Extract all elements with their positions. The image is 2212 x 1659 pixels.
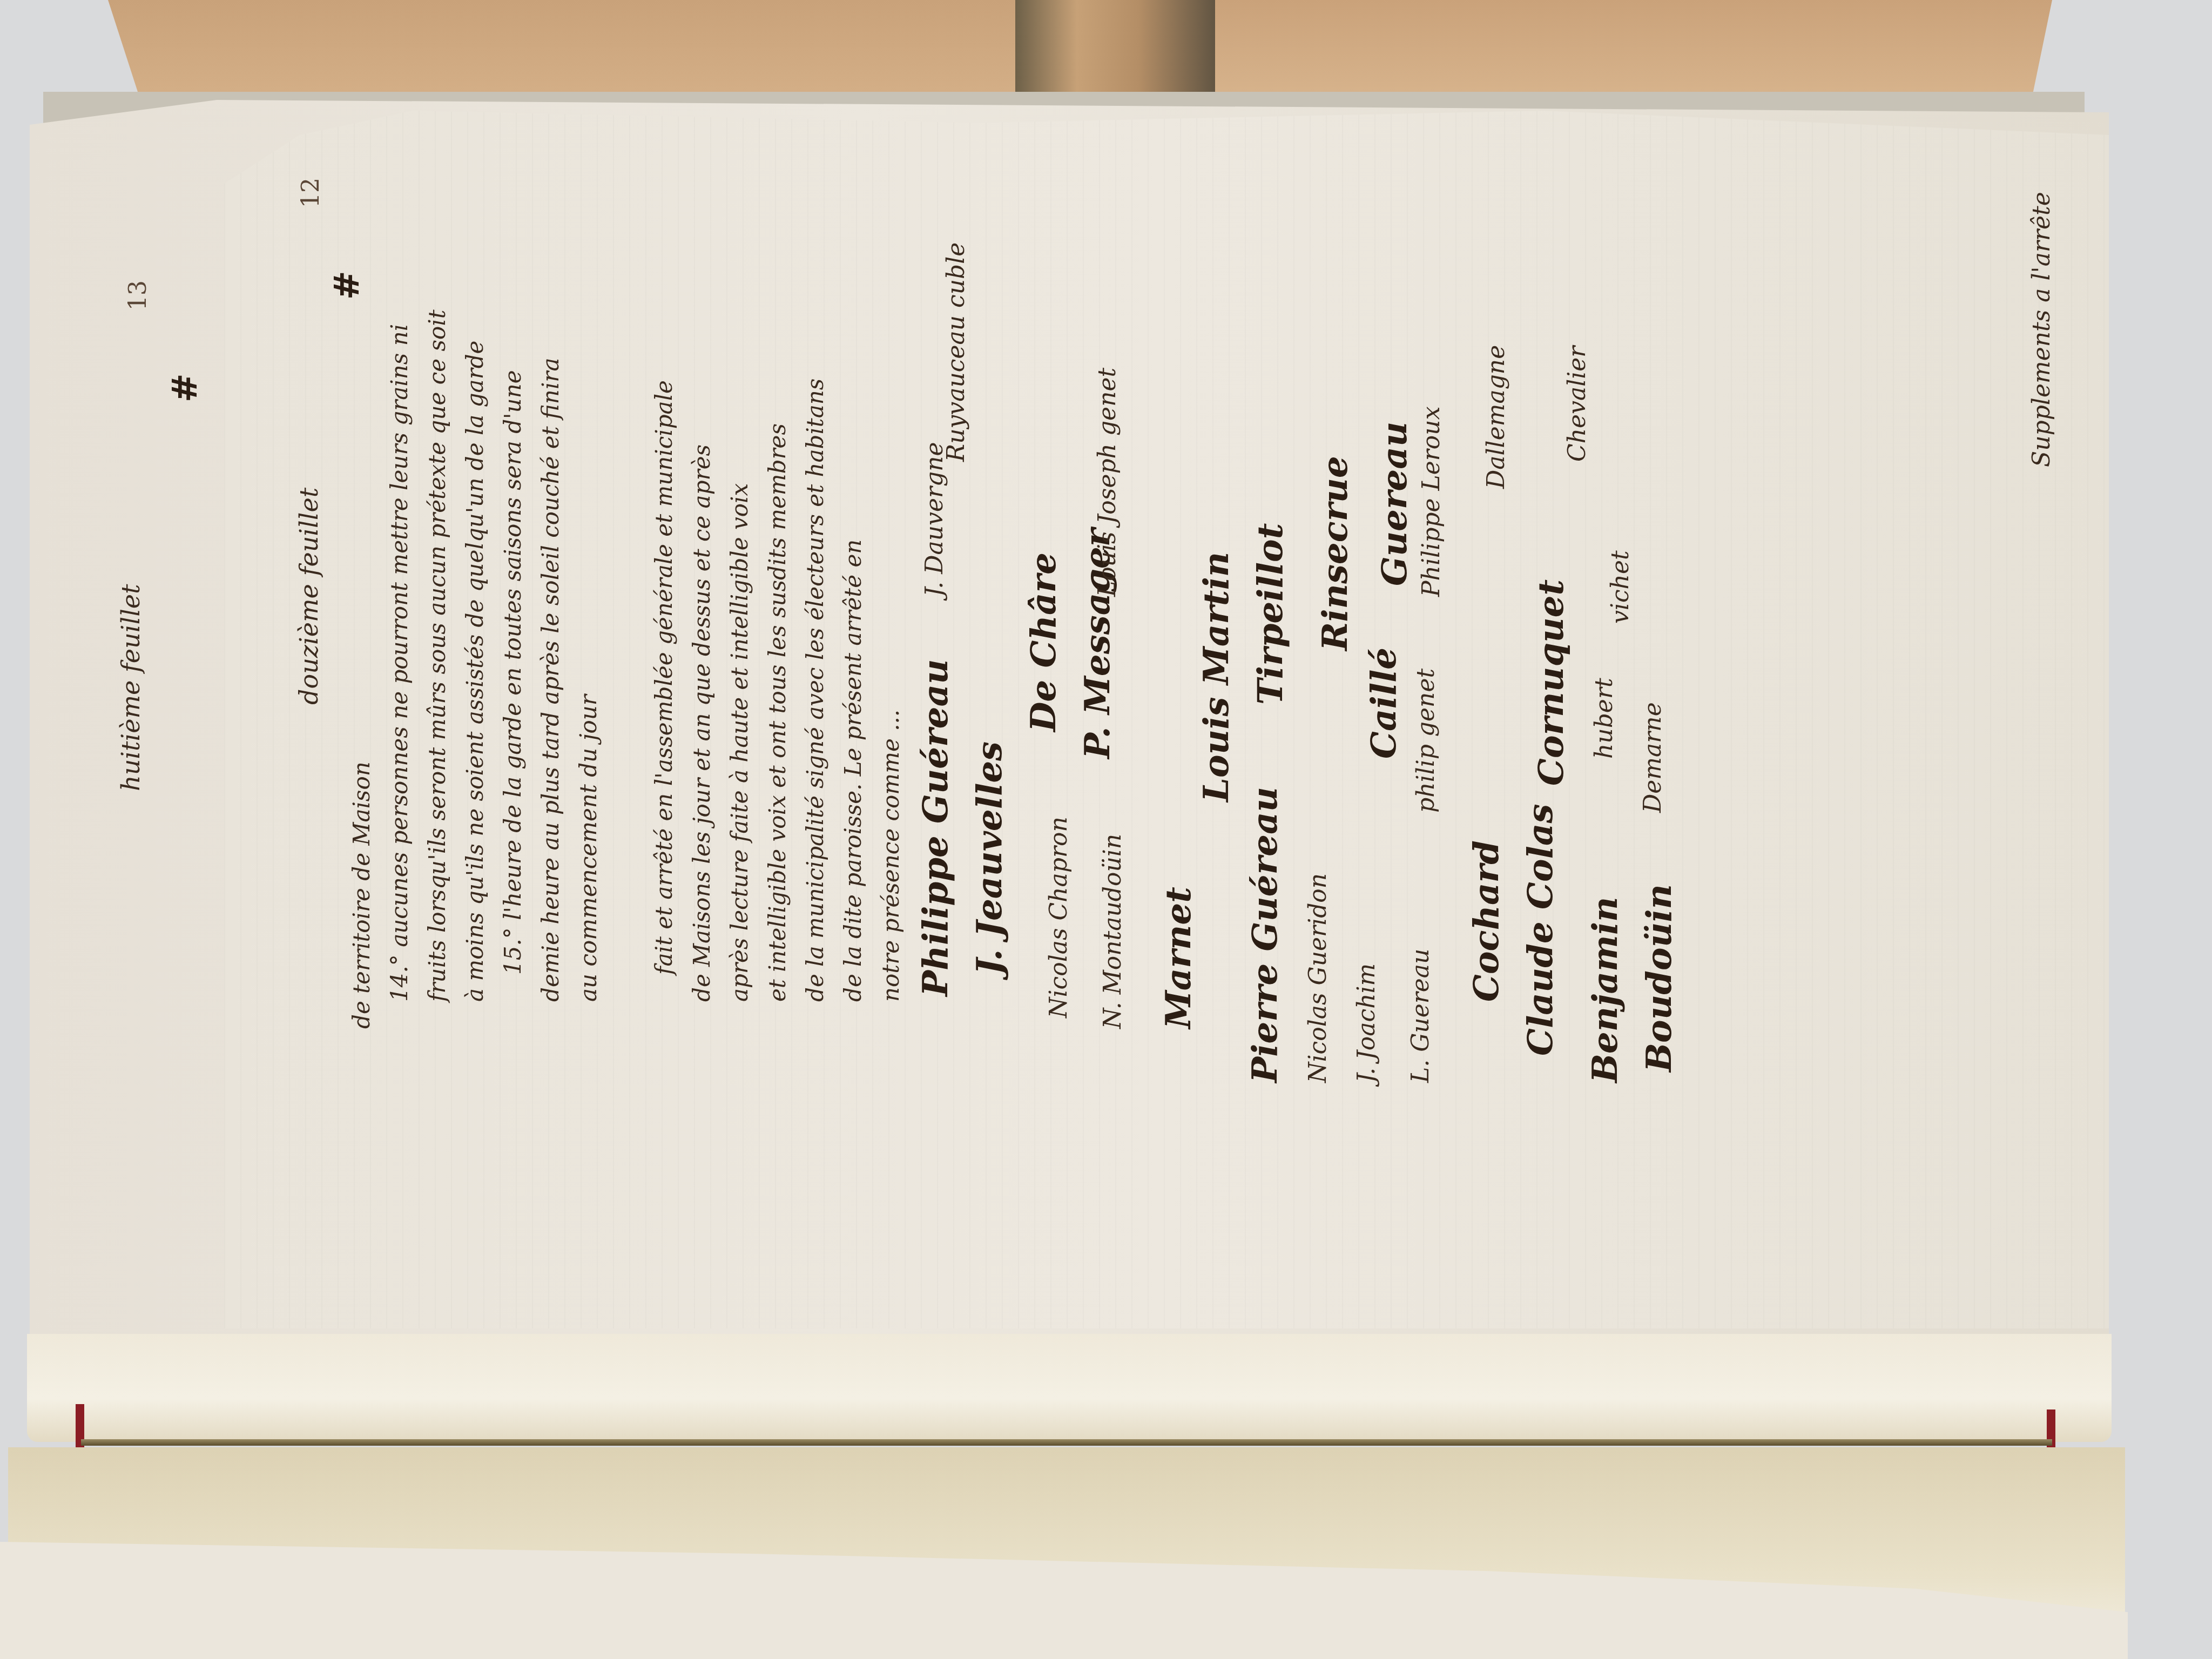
signature: Claude Colas: [1520, 804, 1561, 1056]
text-line: 14.° aucunes personnes ne pourront mettr…: [386, 324, 413, 1002]
text-line: après lecture faite à haute et intelligi…: [726, 483, 753, 1002]
signature: vichet: [1607, 550, 1634, 624]
signature: Cornuquet: [1531, 579, 1572, 786]
signature: Chevalier: [1563, 346, 1591, 462]
signature: L. Guereau: [1407, 949, 1434, 1083]
signature: Nicolas Chapron: [1045, 817, 1073, 1018]
flyleaf-upper: [27, 1334, 2112, 1442]
text-line: à moins qu'ils ne soient assistés de que…: [462, 341, 488, 1002]
main-page-header: douzième feuillet: [294, 488, 323, 705]
text-line: de Maisons les jour et an que dessus et …: [689, 444, 715, 1002]
signature: Philippe Guéreau: [915, 659, 956, 996]
signature: philip genet: [1412, 669, 1440, 813]
signature: Rinsecrue: [1315, 456, 1355, 651]
signature: Ruyvauceau cuble: [942, 242, 970, 462]
signature: Pierre Guéreau: [1245, 787, 1285, 1083]
text-line: de territoire de Maison: [348, 761, 375, 1029]
signature: Guereau: [1374, 422, 1415, 586]
signature: N. Montaudoüin: [1099, 834, 1127, 1029]
main-page-paraph: #: [327, 271, 367, 300]
signature: Philippe Leroux: [1418, 407, 1445, 597]
text-line: fruits lorsqu'ils seront mûrs sous aucun…: [424, 309, 450, 1002]
text-line: notre présence comme ...: [878, 710, 904, 1002]
back-page-number: 13: [124, 280, 152, 311]
back-page-paraph: #: [165, 373, 205, 402]
signature: J. Joachim: [1353, 963, 1380, 1083]
text-line: demie heure au plus tard après le soleil…: [537, 358, 564, 1002]
signature: Louis Joseph genet: [1094, 368, 1121, 597]
text-line: 15.° l'heure de la garde en toutes saiso…: [500, 370, 526, 975]
book-gutter: [81, 1439, 2052, 1446]
signature: Demarne: [1639, 702, 1667, 813]
main-page-number: 12: [297, 178, 325, 208]
signature: Boudoüin: [1639, 884, 1680, 1072]
signature: Marnet: [1158, 887, 1199, 1029]
main-page: douzième feuillet # 12 de territoire de …: [224, 111, 2109, 1328]
back-page-header: huitième feuillet: [116, 584, 145, 791]
signature: Tirpeillot: [1250, 523, 1291, 705]
text-line: fait et arrêté en l'assemblée générale e…: [651, 380, 677, 975]
signature: hubert: [1590, 678, 1618, 759]
signature: Nicolas Gueridon: [1304, 873, 1332, 1083]
signature: De Châre: [1023, 552, 1064, 732]
signature: Cochard: [1466, 840, 1507, 1002]
manuscript-photo: huitième feuillet # 13 douzième feuillet…: [0, 0, 2212, 1659]
signature: J. Jeauvelles: [969, 741, 1010, 975]
text-line: de la municipalité signé avec les électe…: [802, 379, 828, 1002]
text-line: au commencement du jour: [575, 694, 602, 1002]
signature: Benjamin: [1585, 896, 1626, 1083]
signature: Louis Martin: [1196, 552, 1237, 802]
text-line: et intelligible voix et ont tous les sus…: [764, 423, 791, 1002]
margin-note: Supplements a l'arrête: [2028, 192, 2055, 467]
text-line: de la dite paroisse. Le présent arrêté e…: [840, 539, 866, 1002]
signature: Dallemagne: [1482, 345, 1510, 489]
signature: J. Dauvergne: [921, 442, 948, 597]
signature: Caillé: [1364, 648, 1404, 759]
